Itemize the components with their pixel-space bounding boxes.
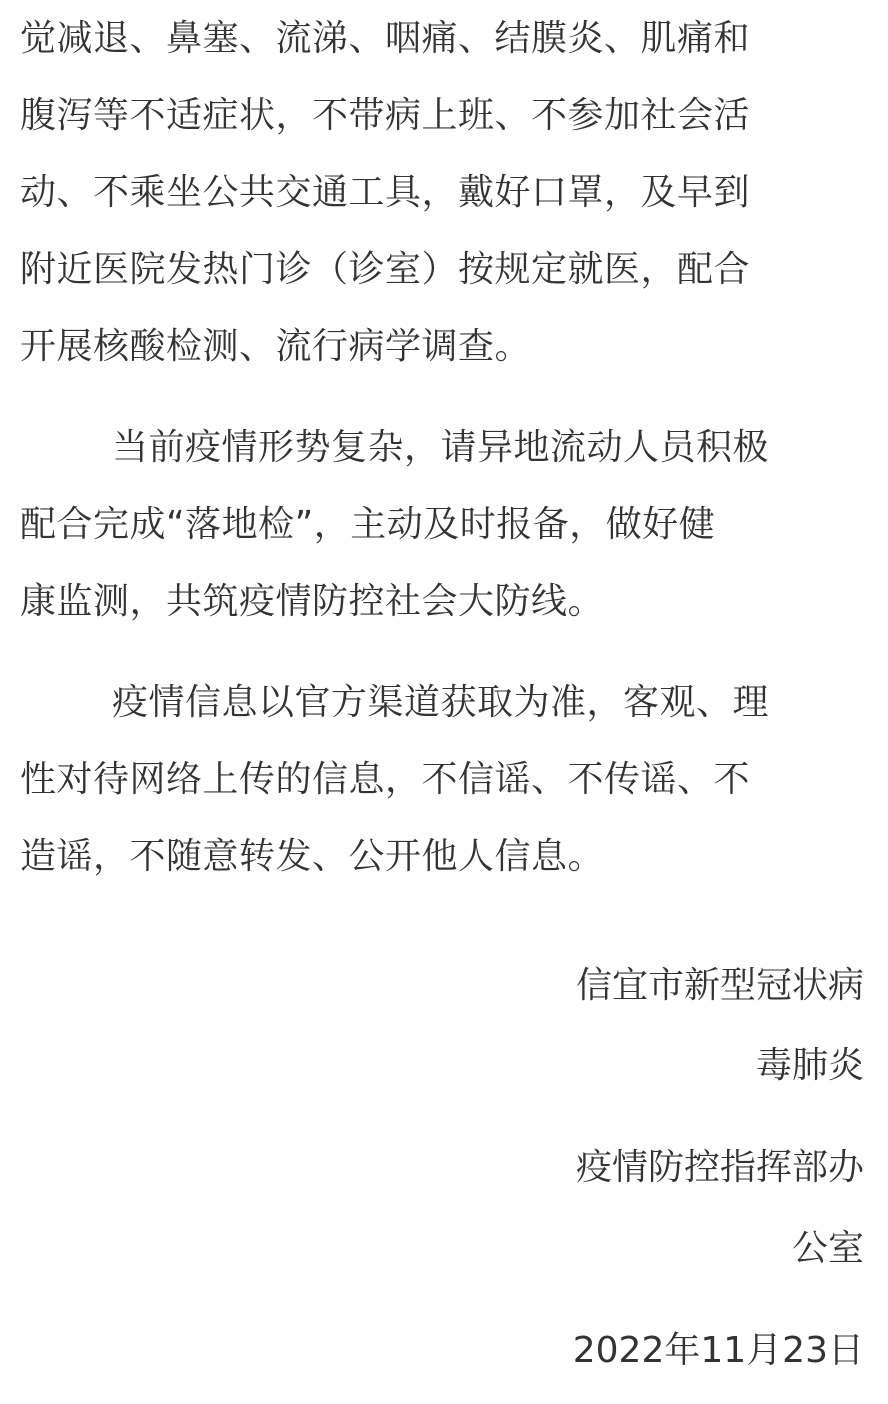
text-line: 开展核酸检测、流行病学调查。 <box>20 308 864 385</box>
signature-date: 2022年11月23日 <box>573 1331 864 1371</box>
paragraph-rumors: 疫情信息以官方渠道获取为准，客观、理 性对待网络上传的信息，不信谣、不传谣、不 … <box>20 664 864 895</box>
signature-line: 疫情防控指挥部办 <box>576 1148 864 1188</box>
signature-line: 信宜市新型冠状病 <box>576 966 864 1006</box>
text-line: 附近医院发热门诊（诊室）按规定就医，配合 <box>20 231 864 308</box>
signature-line: 公室 <box>792 1229 864 1269</box>
text-line: 动、不乘坐公共交通工具，戴好口罩，及早到 <box>20 154 864 231</box>
article-body: 觉减退、鼻塞、流涕、咽痛、结膜炎、肌痛和 腹泻等不适症状，不带病上班、不参加社会… <box>20 0 864 895</box>
text-line: 疫情信息以官方渠道获取为准，客观、理 <box>20 664 864 741</box>
text-line: 造谣，不随意转发、公开他人信息。 <box>20 818 864 895</box>
text-line: 腹泻等不适症状，不带病上班、不参加社会活 <box>20 77 864 154</box>
paragraph-symptoms: 觉减退、鼻塞、流涕、咽痛、结膜炎、肌痛和 腹泻等不适症状，不带病上班、不参加社会… <box>20 0 864 385</box>
text-line: 性对待网络上传的信息，不信谣、不传谣、不 <box>20 741 864 818</box>
text-line: 当前疫情形势复杂，请异地流动人员积极 <box>20 409 864 486</box>
text-line: 觉减退、鼻塞、流涕、咽痛、结膜炎、肌痛和 <box>20 0 864 77</box>
paragraph-travelers: 当前疫情形势复杂，请异地流动人员积极 配合完成“落地检”，主动及时报备，做好健 … <box>20 409 864 640</box>
text-line: 康监测，共筑疫情防控社会大防线。 <box>20 563 864 640</box>
signature-line: 毒肺炎 <box>756 1046 864 1086</box>
text-line: 配合完成“落地检”，主动及时报备，做好健 <box>20 486 864 563</box>
